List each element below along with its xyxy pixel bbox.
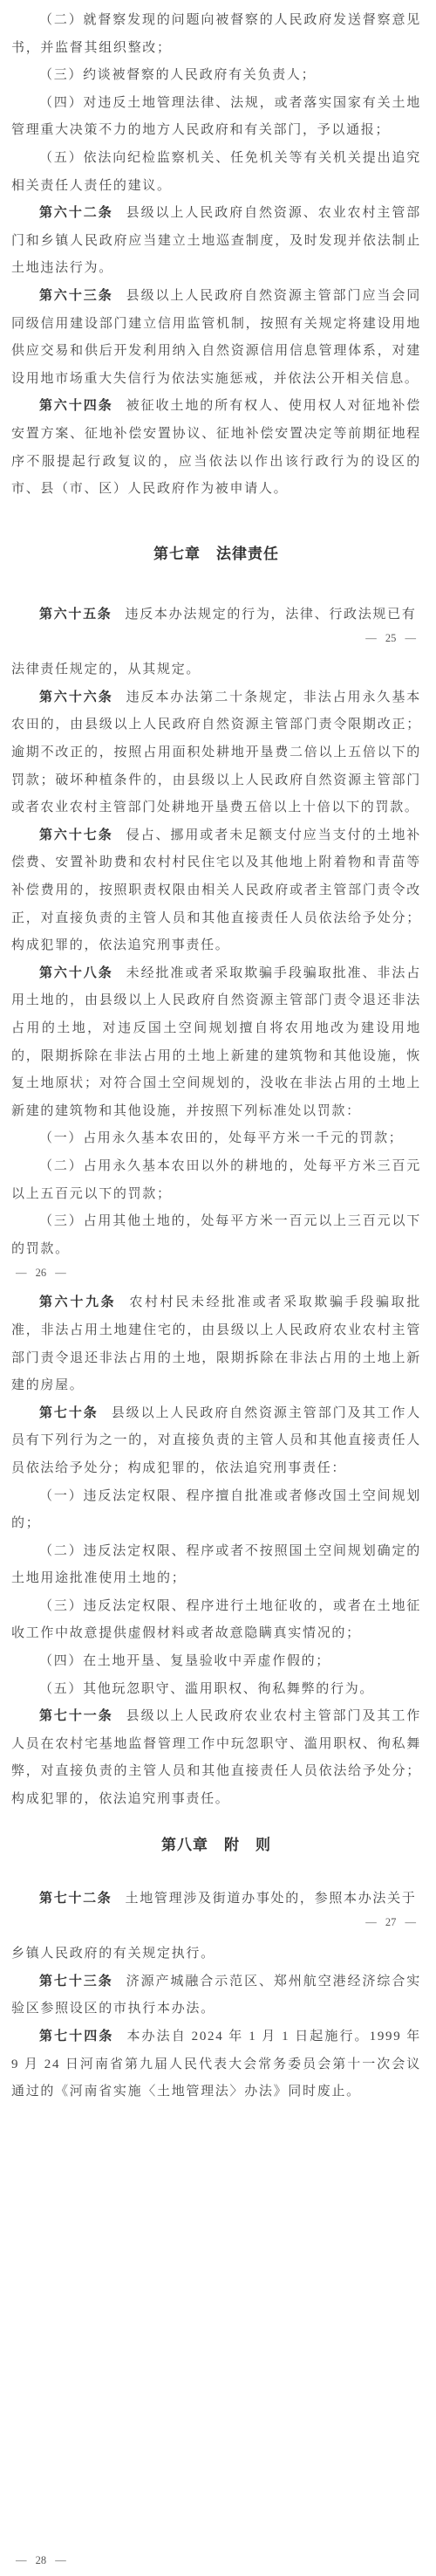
article-number: 第七十条 [39,1406,99,1420]
article-number: 第六十六条 [39,690,113,704]
article-paragraph: 第七十二条土地管理涉及街道办事处的，参照本办法关于 [11,1886,421,1913]
paragraph: （一）占用永久基本农田的，处每平方米一千元的罚款； [11,1125,421,1153]
paragraph: 法律责任规定的，从其规定。 [11,656,421,684]
chapter-heading: 第八章 附 则 [11,1830,421,1861]
article-paragraph: 第七十一条县级以上人民政府农业农村主管部门及其工作人员在农村宅基地监督管理工作中… [11,1703,421,1813]
article-paragraph: 第七十四条本办法自 2024 年 1 月 1 日起施行。1999 年 9 月 2… [11,2023,421,2106]
article-paragraph: 第六十七条侵占、挪用或者未足额支付应当支付的土地补偿费、安置补助费和农村村民住宅… [11,822,421,960]
article-paragraph: 第六十五条违反本办法规定的行为，法律、行政法规已有 [11,601,421,629]
article-paragraph: 第七十条县级以上人民政府自然资源主管部门及其工作人员有下列行为之一的，对直接负责… [11,1400,421,1483]
article-paragraph: 第六十四条被征收土地的所有权人、使用权人对征地补偿安置方案、征地补偿安置协议、征… [11,393,421,503]
legal-document-page: （二）就督察发现的问题向被督察的人民政府发送督察意见书，并监督其组织整改；（三）… [0,0,436,2576]
article-paragraph: 第六十八条未经批准或者采取欺骗手段骗取批准、非法占用土地的，由县级以上人民政府自… [11,960,421,1126]
page-number: — 28 — [16,2551,66,2570]
paragraph: （二）就督察发现的问题向被督察的人民政府发送督察意见书，并监督其组织整改； [11,7,421,62]
paragraph: （四）在土地开垦、复垦验收中弄虚作假的； [11,1648,421,1676]
paragraph: （一）违反法定权限、程序擅自批准或者修改国土空间规划的； [11,1483,421,1538]
paragraph: （三）约谈被督察的人民政府有关负责人； [11,62,421,90]
article-paragraph: 第六十九条农村村民未经批准或者采取欺骗手段骗取批准，非法占用土地建住宅的，由县级… [11,1289,421,1399]
article-paragraph: 第六十三条县级以上人民政府自然资源主管部门应当会同同级信用建设部门建立信用监管机… [11,283,421,393]
article-paragraph: 第六十二条县级以上人民政府自然资源、农业农村主管部门和乡镇人民政府应当建立土地巡… [11,200,421,283]
article-number: 第六十三条 [39,289,113,303]
article-number: 第六十七条 [39,828,113,842]
paragraph: （三）违反法定权限、程序进行土地征收的，或者在土地征收工作中故意提供虚假材料或者… [11,1593,421,1648]
chapter-heading: 第七章 法律责任 [11,539,421,570]
article-number: 第七十四条 [39,2030,113,2044]
article-number: 第六十八条 [39,966,113,980]
paragraph: （五）依法向纪检监察机关、任免机关等有关机关提出追究相关责任人责任的建议。 [11,145,421,200]
article-number: 第六十四条 [39,399,113,413]
article-paragraph: 第七十三条济源产城融合示范区、郑州航空港经济综合实验区参照设区的市执行本办法。 [11,1968,421,2023]
article-paragraph: 第六十六条违反本办法第二十条规定，非法占用永久基本农田的，由县级以上人民政府自然… [11,684,421,822]
paragraph: 乡镇人民政府的有关规定执行。 [11,1941,421,1968]
article-number: 第六十二条 [39,206,113,220]
article-number: 第七十三条 [39,1975,113,1989]
paragraph: （四）对违反土地管理法律、法规，或者落实国家有关土地管理重大决策不力的地方人民政… [11,90,421,145]
page-number: — 27 — [11,1913,421,1932]
article-number: 第七十一条 [39,1709,113,1723]
paragraph: （二）占用永久基本农田以外的耕地的，处每平方米三百元以上五百元以下的罚款； [11,1153,421,1208]
paragraph: （五）其他玩忽职守、滥用职权、徇私舞弊的行为。 [11,1676,421,1704]
page-number: — 25 — [11,629,421,648]
page-number: — 26 — [11,1263,421,1282]
article-number: 第六十五条 [39,608,112,622]
paragraph: （三）占用其他土地的，处每平方米一百元以上三百元以下的罚款。 [11,1208,421,1263]
article-number: 第六十九条 [39,1295,116,1309]
article-number: 第七十二条 [39,1892,112,1906]
paragraph: （二）违反法定权限、程序或者不按照国土空间规划确定的土地用途批准使用土地的； [11,1538,421,1593]
